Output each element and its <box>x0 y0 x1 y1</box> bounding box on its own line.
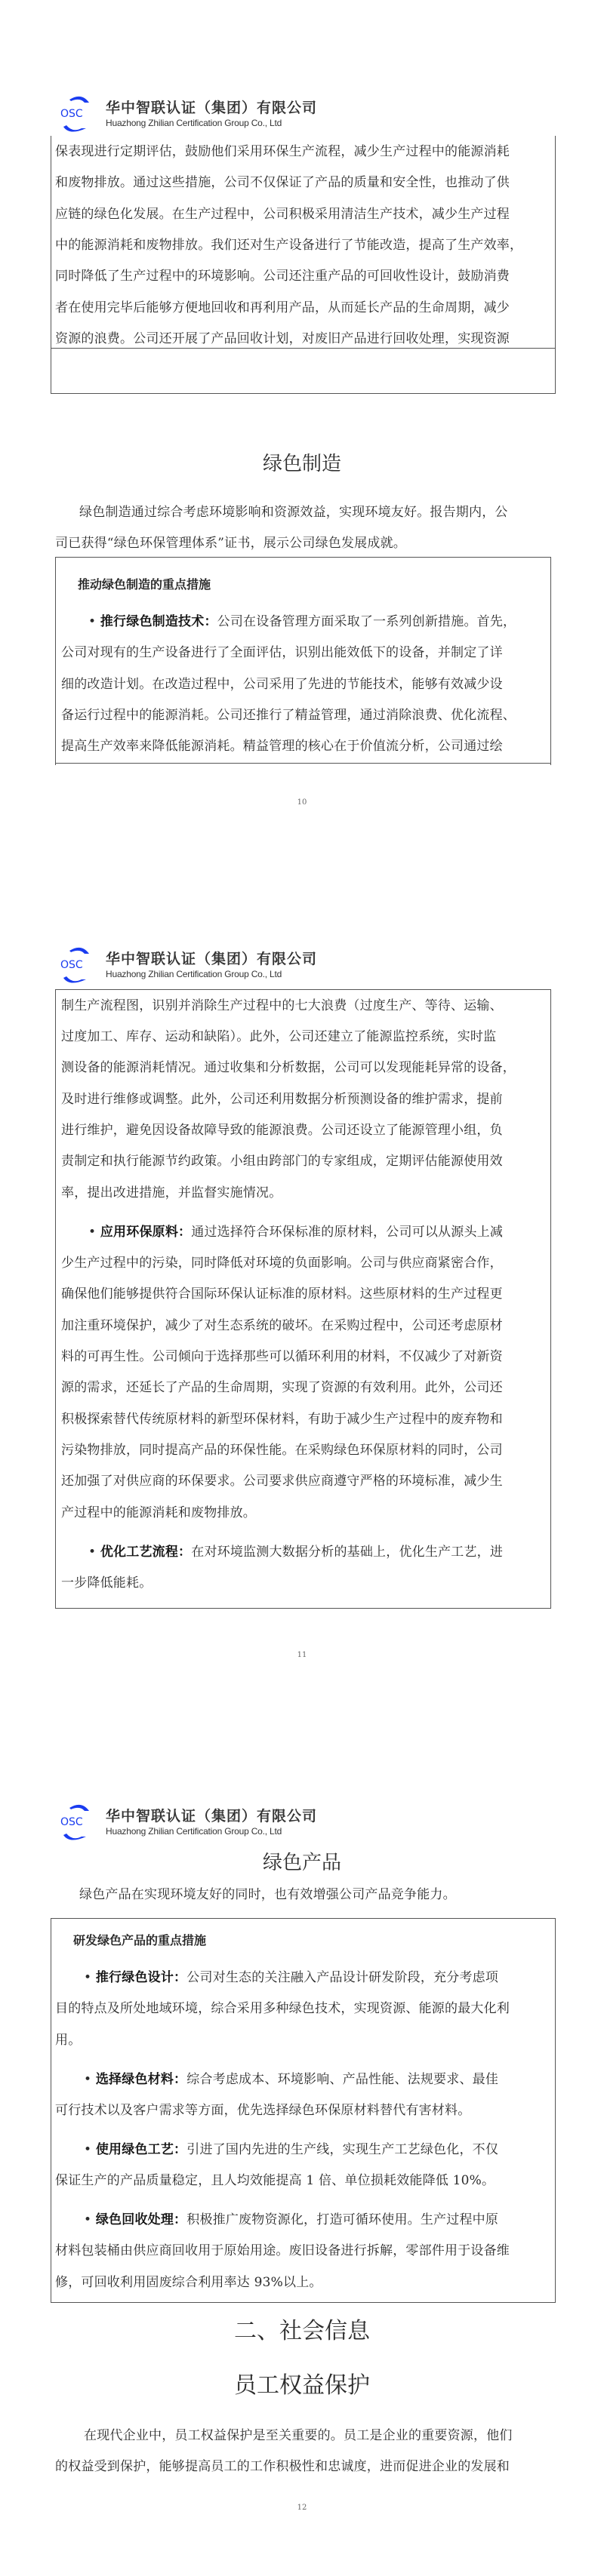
text-line: 测设备的能源消耗情况。通过收集和分析数据，公司可以发现能耗异常的设备， <box>61 1059 516 1076</box>
bullet-icon: • <box>84 1970 91 1985</box>
body-line: 在现代企业中，员工权益保护是至关重要的。员工是企业的重要资源，他们 <box>84 2427 513 2444</box>
text-line: 还加强了对供应商的环保要求。公司要求供应商遵守严格的环境标准，减少生 <box>61 1473 503 1489</box>
osc-logo-icon: OSC <box>59 945 94 987</box>
text-line: 责制定和执行能源节约政策。小组由跨部门的专家组成，定期评估能源使用效 <box>61 1153 503 1170</box>
company-name-cn: 华中智联认证（集团）有限公司 <box>106 1805 317 1825</box>
text-line: 可行技术以及客户需求等方面，优先选择绿色环保原材料替代有害材料。 <box>55 2102 470 2119</box>
box-title: 推动绿色制造的重点措施 <box>78 575 211 592</box>
bullet-label: 应用环保原料： <box>100 1225 191 1240</box>
text-line: 目的特点及所处地域环境，综合采用多种绿色技术，实现资源、能源的最大化利 <box>55 2000 510 2017</box>
intro-line: 司已获得“绿色环保管理体系”证书，展示公司绿色发展成就。 <box>55 535 406 552</box>
text-line: 和废物排放。通过这些措施，公司不仅保证了产品的质量和安全性，也推动了供 <box>55 174 510 191</box>
text-line: 积极探索替代传统原材料的新型环保材料，有助于减少生产过程中的废弃物和 <box>61 1411 503 1428</box>
text-line: 材料包装桶由供应商回收用于原始用途。废旧设备进行拆解，零部件用于设备维 <box>55 2242 510 2259</box>
page-number: 10 <box>0 798 604 807</box>
section-heading-green-products: 绿色产品 <box>0 1847 604 1875</box>
text-line: 应链的绿色化发展。在生产过程中，公司积极采用清洁生产技术，减少生产过程 <box>55 206 510 223</box>
text-line: 料的可再生性。公司倾向于选择那些可以循环利用的材料，不仅减少了对新资 <box>61 1348 503 1365</box>
bullet-label: 优化工艺流程： <box>100 1545 191 1560</box>
bullet-icon: • <box>84 2142 91 2157</box>
bullet-item: • 选择绿色材料：综合考虑成本、环境影响、产品性能、法规要求、最佳 <box>84 2071 498 2088</box>
continued-text-box-end <box>51 349 556 394</box>
text-line: 者在使用完毕后能够方便地回收和再利用产品，从而延长产品的生命周期，减少 <box>55 300 510 316</box>
text-line: 同时降低了生产过程中的环境影响。公司还注重产品的可回收性设计，鼓励消费 <box>55 268 510 284</box>
subsection-heading-employee-rights: 员工权益保护 <box>0 2366 604 2399</box>
section-heading-green-manufacturing: 绿色制造 <box>0 448 604 476</box>
bullet-item: • 应用环保原料：通过选择符合环保标准的原材料，公司可以从源头上减 <box>88 1224 503 1240</box>
page-header: OSC 华中智联认证（集团）有限公司 Huazhong Zhilian Cert… <box>59 1802 331 1844</box>
text-line: 保表现进行定期评估，鼓励他们采用环保生产流程，减少生产过程中的能源消耗 <box>55 143 510 160</box>
measures-box-end <box>55 755 551 764</box>
company-name-cn: 华中智联认证（集团）有限公司 <box>106 948 317 968</box>
svg-text:OSC: OSC <box>60 1816 83 1828</box>
text-line: 确保他们能够提供符合国际环保认证标准的原材料。这些原材料的生产过程更 <box>61 1286 503 1302</box>
text-line: 资源的浪费。公司还开展了产品回收计划，对废旧产品进行回收处理，实现资源 <box>55 330 510 347</box>
company-name-cn: 华中智联认证（集团）有限公司 <box>106 97 317 117</box>
page-header: OSC 华中智联认证（集团）有限公司 Huazhong Zhilian Cert… <box>59 945 331 987</box>
bullet-label: 使用绿色工艺： <box>96 2142 186 2157</box>
bullet-icon: • <box>84 2072 91 2087</box>
text-line: 过度加工、库存、运动和缺陷）。此外，公司还建立了能源监控系统，实时监 <box>61 1028 496 1045</box>
bullet-icon: • <box>88 1225 96 1240</box>
bullet-item: • 绿色回收处理：积极推广废物资源化，打造可循环使用。生产过程中原 <box>84 2212 498 2228</box>
text-line: 公司对现有的生产设备进行了全面评估，识别出能效低下的设备，并制定了详 <box>61 644 503 661</box>
text-line: 少生产过程中的污染，同时降低对环境的负面影响。公司与供应商紧密合作， <box>61 1255 503 1271</box>
intro-line: 绿色产品在实现环境友好的同时，也有效增强公司产品竞争能力。 <box>79 1886 456 1903</box>
text-line: 备运行过程中的能源消耗。公司还推行了精益管理，通过消除浪费、优化流程、 <box>61 707 516 724</box>
page-header: OSC 华中智联认证（集团）有限公司 Huazhong Zhilian Cert… <box>59 94 331 136</box>
company-name-en: Huazhong Zhilian Certification Group Co.… <box>106 1826 282 1837</box>
text-line: 进行维护，避免因设备故障导致的能源浪费。公司还设立了能源管理小组，负 <box>61 1122 503 1139</box>
svg-text:OSC: OSC <box>60 108 83 120</box>
bullet-item: • 推行绿色设计：公司对生态的关注融入产品设计研发阶段，充分考虑项 <box>84 1969 498 1986</box>
svg-text:OSC: OSC <box>60 959 83 971</box>
text-line: 及时进行维修或调整。此外，公司还利用数据分析预测设备的维护需求，提前 <box>61 1091 503 1108</box>
bullet-icon: • <box>88 1545 96 1560</box>
company-name-en: Huazhong Zhilian Certification Group Co.… <box>106 969 282 979</box>
osc-logo-icon: OSC <box>59 94 94 136</box>
text-line: 中的能源消耗和废物排放。我们还对生产设备进行了节能改造，提高了生产效率， <box>55 237 522 254</box>
text-line: 保证生产的产品质量稳定，且人均效能提高 1 倍、单位损耗效能降低 10%。 <box>55 2172 495 2189</box>
bullet-label: 推行绿色制造技术： <box>100 614 217 629</box>
bullet-label: 推行绿色设计： <box>96 1970 186 1985</box>
box-title: 研发绿色产品的重点措施 <box>73 1931 206 1948</box>
page-number: 11 <box>0 1651 604 1659</box>
page-number: 12 <box>0 2504 604 2512</box>
text-line: 加注重环境保护，减少了对生态系统的破坏。在采购过程中，公司还考虑原材 <box>61 1317 503 1334</box>
text-line: 修，可回收利用固废综合利用率达 93%以上。 <box>55 2274 322 2291</box>
bullet-label: 绿色回收处理： <box>96 2212 186 2227</box>
intro-line: 绿色制造通过综合考虑环境影响和资源效益，实现环境友好。报告期内，公 <box>79 504 508 521</box>
text-line: 率，提出改进措施，并监督实施情况。 <box>61 1185 282 1201</box>
text-line: 提高生产效率来降低能源消耗。精益管理的核心在于价值流分析，公司通过绘 <box>61 738 503 755</box>
bullet-label: 选择绿色材料： <box>96 2072 186 2087</box>
bullet-item: • 使用绿色工艺：引进了国内先进的生产线，实现生产工艺绿色化，不仅 <box>84 2141 498 2158</box>
body-line: 的权益受到保护，能够提高员工的工作积极性和忠诚度，进而促进企业的发展和 <box>55 2458 510 2475</box>
text-line: 制生产流程图，识别并消除生产过程中的七大浪费（过度生产、等待、运输、 <box>61 998 503 1014</box>
bullet-icon: • <box>84 2212 91 2227</box>
text-line: 用。 <box>55 2032 81 2049</box>
osc-logo-icon: OSC <box>59 1802 94 1844</box>
company-name-en: Huazhong Zhilian Certification Group Co.… <box>106 118 282 128</box>
text-line: 细的改造计划。在改造过程中，公司采用了先进的节能技术，能够有效减少设 <box>61 676 503 693</box>
text-line: 产过程中的能源消耗和废物排放。 <box>61 1505 256 1521</box>
bullet-item: • 优化工艺流程：在对环境监测大数据分析的基础上，优化生产工艺，进 <box>88 1544 503 1560</box>
text-line: 污染物排放，同时提高产品的环保性能。在采购绿色环保原材料的同时，公司 <box>61 1442 503 1459</box>
chapter-heading-social-info: 二、社会信息 <box>0 2312 604 2345</box>
text-line: 源的需求，还延长了产品的生命周期，实现了资源的有效利用。此外，公司还 <box>61 1379 503 1396</box>
text-line: 一步降低能耗。 <box>61 1575 152 1591</box>
bullet-item: • 推行绿色制造技术：公司在设备管理方面采取了一系列创新措施。首先， <box>88 613 516 630</box>
bullet-icon: • <box>88 614 96 629</box>
